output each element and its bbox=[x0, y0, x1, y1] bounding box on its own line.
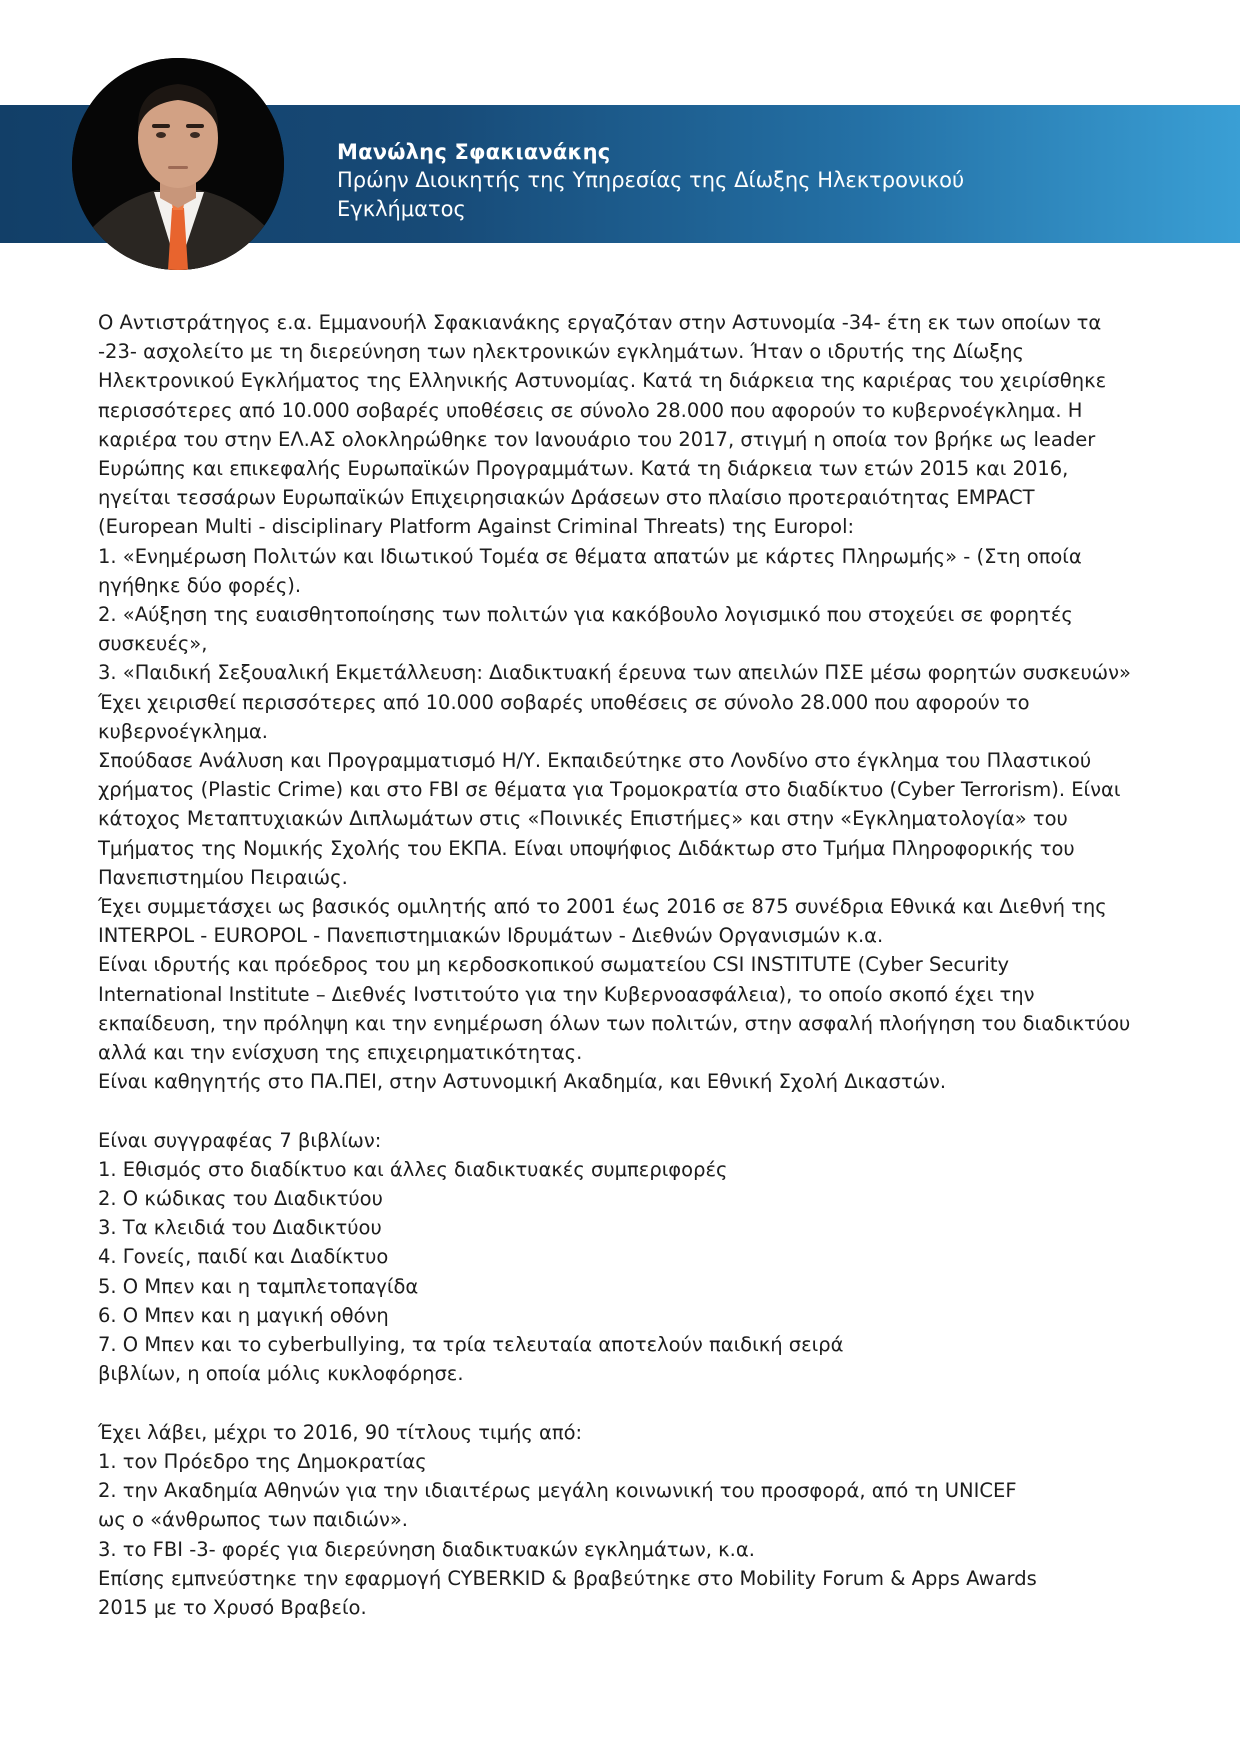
award-item: 2. την Ακαδημία Αθηνών για την ιδιαιτέρω… bbox=[98, 1476, 1043, 1534]
book-item: 3. Τα κλειδιά του Διαδικτύου bbox=[98, 1213, 1138, 1242]
bio-paragraph: Είναι καθηγητής στο ΠΑ.ΠΕΙ, στην Αστυνομ… bbox=[98, 1067, 1138, 1096]
bio-paragraph: Έχει συμμετάσχει ως βασικός ομιλητής από… bbox=[98, 892, 1138, 950]
bio-paragraph: Έχει χειρισθεί περισσότερες από 10.000 σ… bbox=[98, 688, 1138, 746]
bio-paragraph: 2. «Αύξηση της ευαισθητοποίησης των πολι… bbox=[98, 600, 1138, 658]
spacer bbox=[98, 1096, 1138, 1125]
bio-paragraph: Είναι ιδρυτής και πρόεδρος του μη κερδοσ… bbox=[98, 950, 1138, 1067]
book-item: 7. Ο Μπεν και το cyberbullying, τα τρία … bbox=[98, 1330, 928, 1388]
books-intro: Είναι συγγραφέας 7 βιβλίων: bbox=[98, 1126, 1138, 1155]
awards-intro: Έχει λάβει, μέχρι το 2016, 90 τίτλους τι… bbox=[98, 1418, 1138, 1447]
book-item: 5. Ο Μπεν και η ταμπλετοπαγίδα bbox=[98, 1272, 1138, 1301]
award-item: 1. τον Πρόεδρο της Δημοκρατίας bbox=[98, 1447, 1138, 1476]
bio-paragraph: 1. «Ενημέρωση Πολιτών και Ιδιωτικού Τομέ… bbox=[98, 542, 1138, 600]
portrait-photo bbox=[72, 58, 284, 270]
bio-paragraph: 3. «Παιδική Σεξουαλική Εκμετάλλευση: Δια… bbox=[98, 658, 1138, 687]
person-portrait-icon bbox=[72, 58, 284, 270]
person-name: Μανώλης Σφακιανάκης bbox=[337, 138, 1097, 166]
awards-closing: Επίσης εμπνεύστηκε την εφαρμογή CYBERKID… bbox=[98, 1564, 1043, 1622]
bio-content: Ο Αντιστράτηγος ε.α. Εμμανουήλ Σφακιανάκ… bbox=[98, 308, 1138, 1622]
person-role: Πρώην Διοικητής της Υπηρεσίας της Δίωξης… bbox=[337, 166, 1097, 224]
award-item: 3. το FBI -3- φορές για διερεύνηση διαδι… bbox=[98, 1535, 1138, 1564]
bio-paragraph: Σπούδασε Ανάλυση και Προγραμματισμό Η/Υ.… bbox=[98, 746, 1138, 892]
spacer bbox=[98, 1389, 1138, 1418]
book-item: 6. Ο Μπεν και η μαγική οθόνη bbox=[98, 1301, 1138, 1330]
header-text: Μανώλης Σφακιανάκης Πρώην Διοικητής της … bbox=[337, 138, 1097, 224]
bio-paragraph: Ο Αντιστράτηγος ε.α. Εμμανουήλ Σφακιανάκ… bbox=[98, 308, 1138, 542]
book-item: 4. Γονείς, παιδί και Διαδίκτυο bbox=[98, 1242, 1138, 1271]
book-item: 2. Ο κώδικας του Διαδικτύου bbox=[98, 1184, 1138, 1213]
book-item: 1. Εθισμός στο διαδίκτυο και άλλες διαδι… bbox=[98, 1155, 1138, 1184]
